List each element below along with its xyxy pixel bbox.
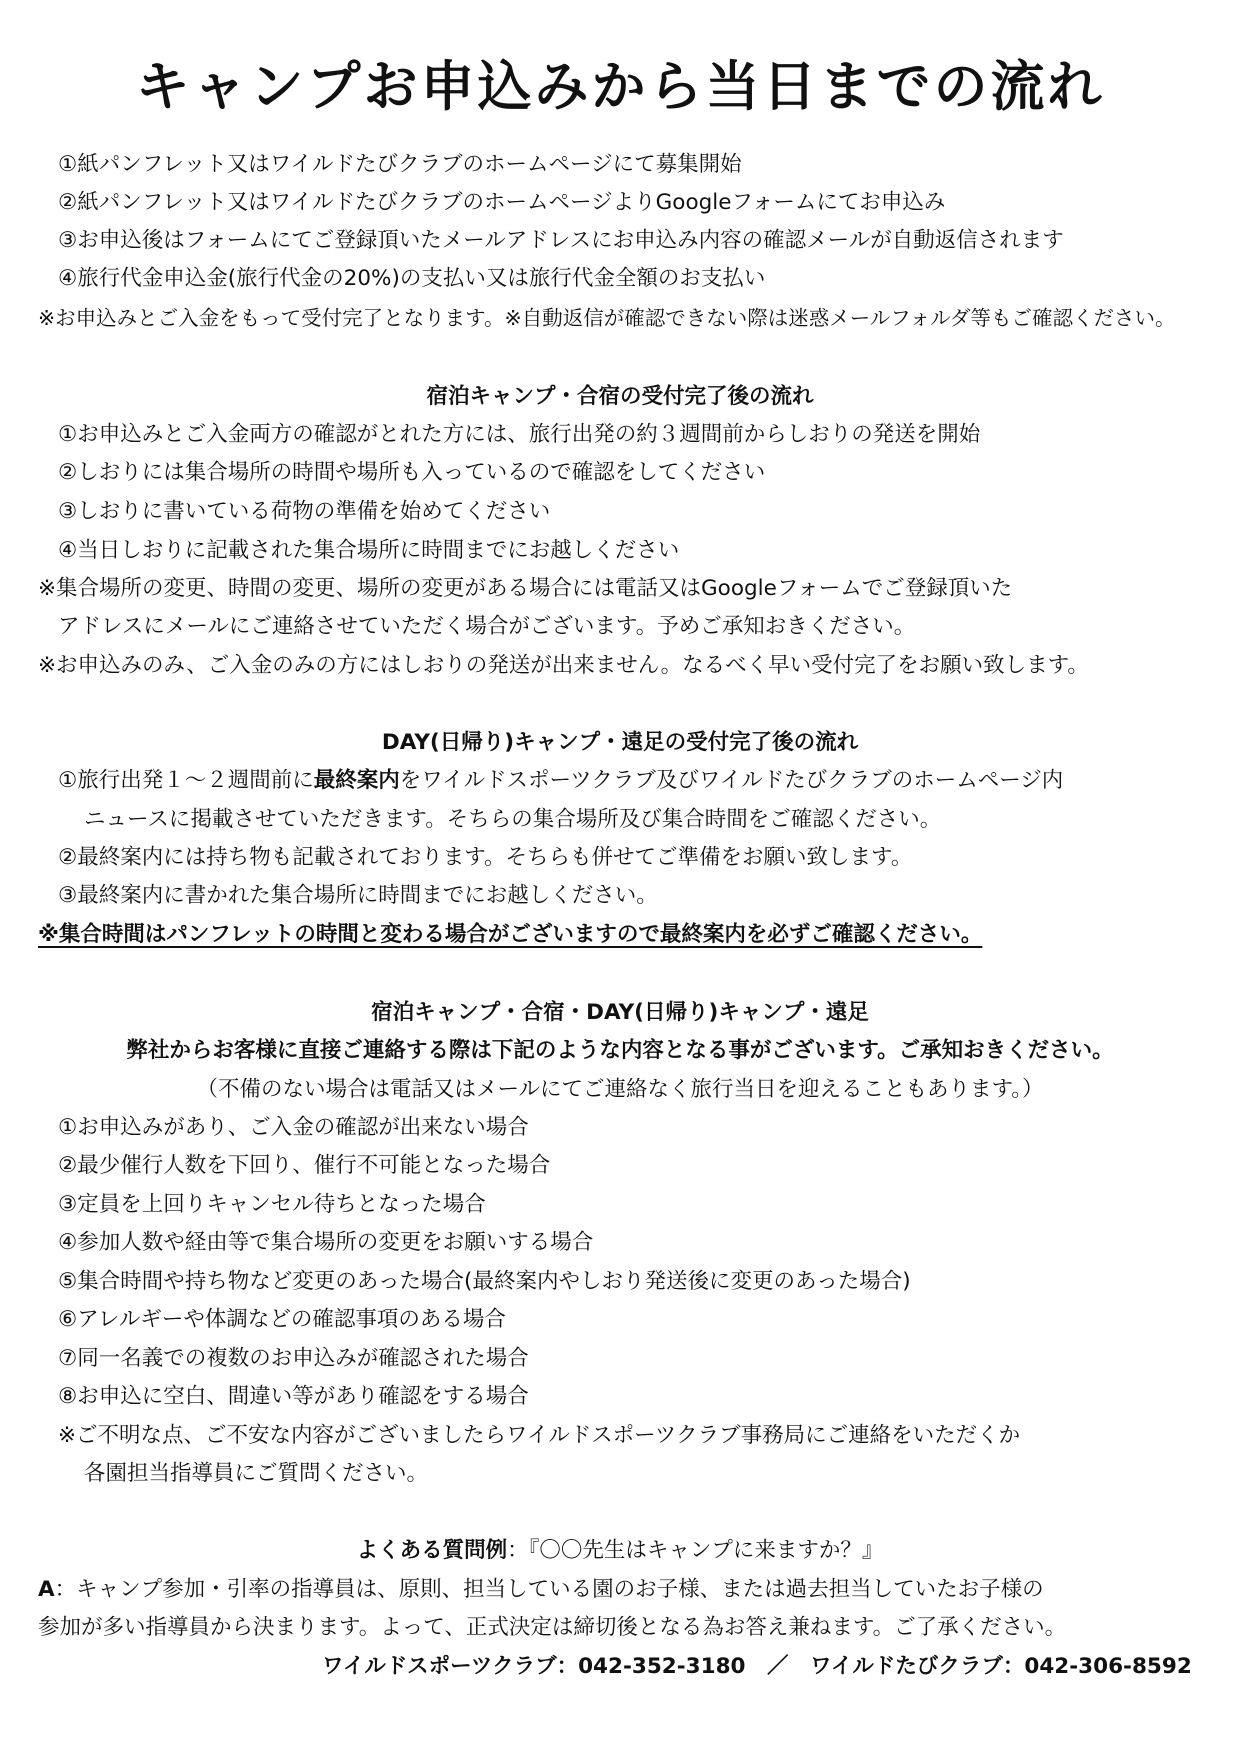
s3-warning: ※集合時間はパンフレットの時間と変わる場合がございますので最終案内を必ずご確認く… [38,920,982,950]
s3-step-1-pre: ①旅行出発１～２週間前に [58,768,314,793]
s2-note-3: ※お申込みのみ、ご入金のみの方にはしおりの発送が出来ません。なるべく早い受付完了… [38,651,1089,681]
s2-step-2: ②しおりには集合場所の時間や場所も入っているので確認をしてください [58,458,765,488]
faq-label: よくある質問例 [357,1538,508,1563]
s2-step-1: ①お申込みとご入金両方の確認がとれた方には、旅行出発の約３週間前からしおりの発送… [58,420,980,450]
section4-heading-2: 弊社からお客様に直接ご連絡する際は下記のような内容となる事がございます。ご承知お… [0,1036,1240,1066]
faq-answer-1: A：キャンプ参加・引率の指導員は、原則、担当している園のお子様、または過去担当し… [38,1575,1044,1605]
step-1: ①紙パンフレット又はワイルドたびクラブのホームページにて募集開始 [58,150,742,180]
s2-step-4: ④当日しおりに記載された集合場所に時間までにお越しください [58,536,679,566]
s4-note-2: 各園担当指導員にご質問ください。 [84,1459,428,1489]
s2-note-1: ※集合場所の変更、時間の変更、場所の変更がある場合には電話又はGoogleフォー… [38,574,1012,604]
s3-step-1-post: をワイルドスポーツクラブ及びワイルドたびクラブのホームページ内 [400,768,1064,793]
contact-numbers: ワイルドスポーツクラブ：042-352-3180 ／ ワイルドたびクラブ：042… [322,1652,1192,1682]
step-3: ③お申込後はフォームにてご登録頂いたメールアドレスにお申込み内容の確認メールが自… [58,226,1064,256]
section3-heading: DAY(日帰り)キャンプ・遠足の受付完了後の流れ [0,728,1240,758]
s4-note-1: ※ご不明な点、ご不安な内容がございましたらワイルドスポーツクラブ事務局にご連絡を… [58,1421,1020,1451]
faq-question: よくある質問例：『〇〇先生はキャンプに来ますか？』 [0,1536,1240,1566]
s4-case-4: ④参加人数や経由等で集合場所の変更をお願いする場合 [58,1228,593,1258]
s2-note-2: アドレスにメールにご連絡させていただく場合がございます。予めご承知おきください。 [58,612,915,642]
s4-case-7: ⑦同一名義での複数のお申込みが確認された場合 [58,1344,529,1374]
page-title: キャンプお申込みから当日までの流れ [0,52,1240,122]
s3-step-2: ②最終案内には持ち物も記載されております。そちらも併せてご準備をお願い致します。 [58,843,912,873]
step-2: ②紙パンフレット又はワイルドたびクラブのホームページよりGoogleフォームにて… [58,188,945,218]
final-notice-emphasis: 最終案内 [314,768,400,793]
s4-case-1: ①お申込みがあり、ご入金の確認が出来ない場合 [58,1113,529,1143]
step-4: ④旅行代金申込金(旅行代金の20%)の支払い又は旅行代金全額のお支払い [58,264,765,294]
faq-answer-label: A [38,1577,55,1602]
faq-answer-2: 参加が多い指導員から決まります。よって、正式決定は締切後となる為お答え兼ねます。… [38,1613,1066,1643]
section4-heading-1: 宿泊キャンプ・合宿・DAY(日帰り)キャンプ・遠足 [0,998,1240,1028]
s3-step-1-cont: ニュースに掲載させていただきます。そちらの集合場所及び集合時間をご確認ください。 [84,805,941,835]
s4-case-2: ②最少催行人数を下回り、催行不可能となった場合 [58,1151,550,1181]
s4-case-3: ③定員を上回りキャンセル待ちとなった場合 [58,1190,486,1220]
section2-heading: 宿泊キャンプ・合宿の受付完了後の流れ [0,382,1240,412]
s3-step-3: ③最終案内に書かれた集合場所に時間までにお越しください。 [58,881,658,911]
faq-question-text: ：『〇〇先生はキャンプに来ますか？』 [507,1538,883,1563]
s2-step-3: ③しおりに書いている荷物の準備を始めてください [58,497,550,527]
section4-subnote: （不備のない場合は電話又はメールにてご連絡なく旅行当日を迎えることもあります。） [0,1075,1240,1105]
faq-answer-text-1: ：キャンプ参加・引率の指導員は、原則、担当している園のお子様、または過去担当して… [55,1577,1044,1602]
s4-case-6: ⑥アレルギーや体調などの確認事項のある場合 [58,1305,506,1335]
s3-step-1: ①旅行出発１～２週間前に最終案内をワイルドスポーツクラブ及びワイルドたびクラブの… [58,766,1063,796]
section1-note: ※お申込みとご入金をもって受付完了となります。※自動返信が確認できない際は迷惑メ… [38,303,1175,333]
s4-case-5: ⑤集合時間や持ち物など変更のあった場合(最終案内やしおり発送後に変更のあった場合… [58,1267,911,1297]
s4-case-8: ⑧お申込に空白、間違い等があり確認をする場合 [58,1382,529,1412]
